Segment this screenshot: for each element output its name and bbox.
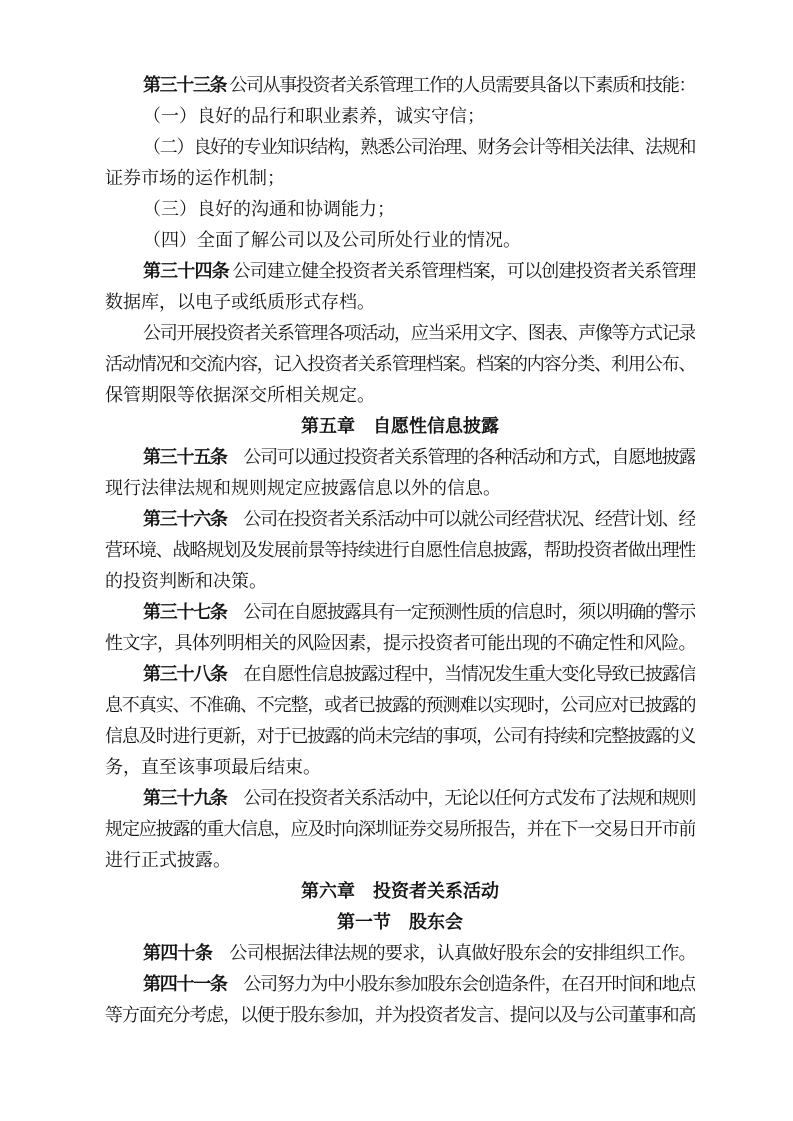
line-text: 公司根据法律法规的要求，认真做好股东会的安排组织工作。 xyxy=(212,943,695,963)
line-text: 性文字，具体列明相关的风险因素，提示投资者可能出现的不确定性和风险。 xyxy=(105,633,695,653)
doc-line: （三）良好的沟通和协调能力； xyxy=(105,194,695,225)
line-text: 证券市场的运作机制； xyxy=(105,168,285,188)
line-text: 活动情况和交流内容，记入投资者关系管理档案。档案的内容分类、利用公布、 xyxy=(105,354,695,374)
heading-text: 第五章 自愿性信息披露 xyxy=(301,416,499,436)
doc-line-article-33: 第三十三条 公司从事投资者关系管理工作的人员需要具备以下素质和技能： xyxy=(105,70,695,101)
chapter-5-heading: 第五章 自愿性信息披露 xyxy=(105,411,695,442)
line-text: 现行法律法规和规则规定应披露信息以外的信息。 xyxy=(105,478,501,498)
line-text: 公司开展投资者关系管理各项活动，应当采用文字、图表、声像等方式记录 xyxy=(143,323,695,343)
line-text: 信息及时进行更新，对于已披露的尚未完结的事项，公司有持续和完整披露的义 xyxy=(105,726,695,746)
doc-line: （二）良好的专业知识结构，熟悉公司治理、财务会计等相关法律、法规和 xyxy=(105,132,695,163)
doc-line: 公司开展投资者关系管理各项活动，应当采用文字、图表、声像等方式记录 xyxy=(105,318,695,349)
doc-line: 保管期限等依据深交所相关规定。 xyxy=(105,380,695,411)
doc-line: 活动情况和交流内容，记入投资者关系管理档案。档案的内容分类、利用公布、 xyxy=(105,349,695,380)
doc-line: 的投资判断和决策。 xyxy=(105,566,695,597)
line-text: 公司在自愿披露具有一定预测性质的信息时，须以明确的警示 xyxy=(227,602,695,622)
doc-line: 信息及时进行更新，对于已披露的尚未完结的事项，公司有持续和完整披露的义 xyxy=(105,721,695,752)
doc-line: 规定应披露的重大信息，应及时向深圳证券交易所报告，并在下一交易日开市前 xyxy=(105,814,695,845)
line-text: 等方面充分考虑，以便于股东参加，并为投资者发言、提问以及与公司董事和高 xyxy=(105,1005,695,1025)
line-text: （三）良好的沟通和协调能力； xyxy=(143,199,395,219)
line-text: 公司从事投资者关系管理工作的人员需要具备以下素质和技能： xyxy=(226,75,695,95)
doc-line-article-34: 第三十四条 公司建立健全投资者关系管理档案，可以创建投资者关系管理 xyxy=(105,256,695,287)
heading-text: 第六章 投资者关系活动 xyxy=(301,881,499,901)
line-text: 公司在投资者关系活动中，无论以任何方式发布了法规和规则 xyxy=(227,788,695,808)
line-text: 的投资判断和决策。 xyxy=(105,571,267,591)
line-text: （二）良好的专业知识结构，熟悉公司治理、财务会计等相关法律、法规和 xyxy=(143,137,695,157)
doc-line: 等方面充分考虑，以便于股东参加，并为投资者发言、提问以及与公司董事和高 xyxy=(105,1000,695,1031)
doc-line: （一）良好的品行和职业素养，诚实守信； xyxy=(105,101,695,132)
doc-line: 现行法律法规和规则规定应披露信息以外的信息。 xyxy=(105,473,695,504)
line-text: 保管期限等依据深交所相关规定。 xyxy=(105,385,375,405)
article-number: 第三十四条 xyxy=(143,261,229,281)
line-text: 务，直至该事项最后结束。 xyxy=(105,757,321,777)
line-text: 数据库，以电子或纸质形式存档。 xyxy=(105,292,375,312)
heading-text: 第一节 股东会 xyxy=(337,912,463,932)
doc-line: 进行正式披露。 xyxy=(105,845,695,876)
doc-line: 证券市场的运作机制； xyxy=(105,163,695,194)
doc-line-article-37: 第三十七条 公司在自愿披露具有一定预测性质的信息时，须以明确的警示 xyxy=(105,597,695,628)
article-number: 第四十一条 xyxy=(143,974,227,994)
doc-line: 性文字，具体列明相关的风险因素，提示投资者可能出现的不确定性和风险。 xyxy=(105,628,695,659)
line-text: 公司在投资者关系活动中可以就公司经营状况、经营计划、经 xyxy=(227,509,695,529)
article-number: 第四十条 xyxy=(143,943,212,963)
line-text: 在自愿性信息披露过程中，当情况发生重大变化导致已披露信 xyxy=(227,664,695,684)
doc-line: （四）全面了解公司以及公司所处行业的情况。 xyxy=(105,225,695,256)
article-number: 第三十六条 xyxy=(143,509,227,529)
doc-line-article-38: 第三十八条 在自愿性信息披露过程中，当情况发生重大变化导致已披露信 xyxy=(105,659,695,690)
article-number: 第三十七条 xyxy=(143,602,227,622)
article-number: 第三十九条 xyxy=(143,788,227,808)
doc-line: 数据库，以电子或纸质形式存档。 xyxy=(105,287,695,318)
line-text: （一）良好的品行和职业素养，诚实守信； xyxy=(143,106,485,126)
doc-line: 营环境、战略规划及发展前景等持续进行自愿性信息披露，帮助投资者做出理性 xyxy=(105,535,695,566)
section-1-heading: 第一节 股东会 xyxy=(105,907,695,938)
doc-line: 息不真实、不准确、不完整，或者已披露的预测难以实现时，公司应对已披露的 xyxy=(105,690,695,721)
doc-line: 务，直至该事项最后结束。 xyxy=(105,752,695,783)
chapter-6-heading: 第六章 投资者关系活动 xyxy=(105,876,695,907)
policy-document-page: 第三十三条 公司从事投资者关系管理工作的人员需要具备以下素质和技能： （一）良好… xyxy=(0,0,793,1121)
document-body: 第三十三条 公司从事投资者关系管理工作的人员需要具备以下素质和技能： （一）良好… xyxy=(105,70,695,1031)
line-text: 进行正式披露。 xyxy=(105,850,231,870)
article-number: 第三十三条 xyxy=(143,75,226,95)
line-text: 公司可以通过投资者关系管理的各种活动和方式，自愿地披露 xyxy=(227,447,695,467)
line-text: 营环境、战略规划及发展前景等持续进行自愿性信息披露，帮助投资者做出理性 xyxy=(105,540,695,560)
line-text: 规定应披露的重大信息，应及时向深圳证券交易所报告，并在下一交易日开市前 xyxy=(105,819,695,839)
line-text: （四）全面了解公司以及公司所处行业的情况。 xyxy=(143,230,521,250)
line-text: 公司建立健全投资者关系管理档案，可以创建投资者关系管理 xyxy=(229,261,695,281)
doc-line-article-41: 第四十一条 公司努力为中小股东参加股东会创造条件，在召开时间和地点 xyxy=(105,969,695,1000)
article-number: 第三十五条 xyxy=(143,447,227,467)
doc-line-article-40: 第四十条 公司根据法律法规的要求，认真做好股东会的安排组织工作。 xyxy=(105,938,695,969)
line-text: 公司努力为中小股东参加股东会创造条件，在召开时间和地点 xyxy=(227,974,695,994)
line-text: 息不真实、不准确、不完整，或者已披露的预测难以实现时，公司应对已披露的 xyxy=(105,695,695,715)
doc-line-article-35: 第三十五条 公司可以通过投资者关系管理的各种活动和方式，自愿地披露 xyxy=(105,442,695,473)
doc-line-article-36: 第三十六条 公司在投资者关系活动中可以就公司经营状况、经营计划、经 xyxy=(105,504,695,535)
doc-line-article-39: 第三十九条 公司在投资者关系活动中，无论以任何方式发布了法规和规则 xyxy=(105,783,695,814)
article-number: 第三十八条 xyxy=(143,664,227,684)
